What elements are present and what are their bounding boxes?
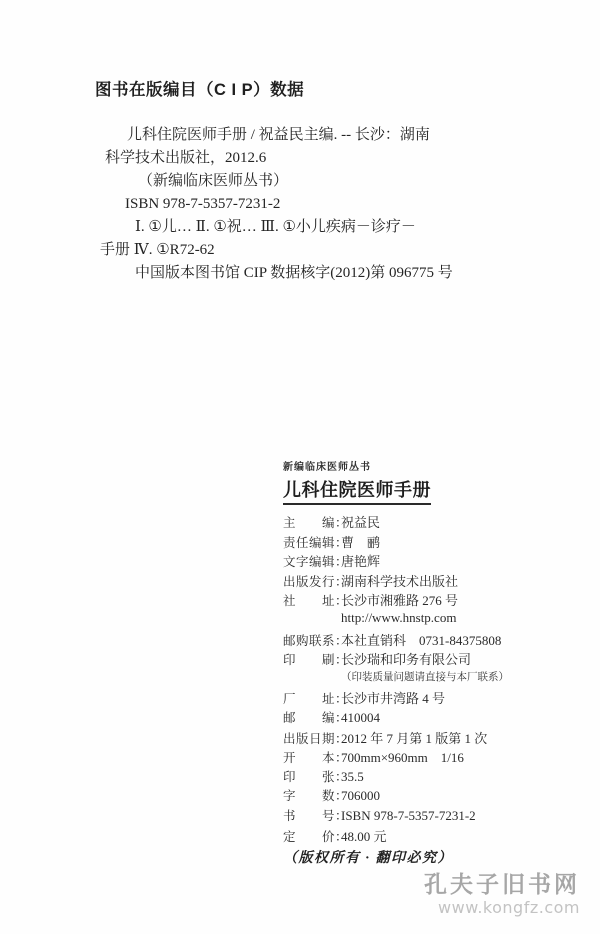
cip-line-classification-2: 手册 Ⅳ. ①R72-62	[100, 239, 500, 262]
row-label: 印 刷：	[283, 650, 341, 668]
row-value: 长沙市湘雅路 276 号	[341, 590, 458, 609]
row-word-count: 字 数： 706000	[283, 786, 583, 806]
row-label: 邮购联系：	[283, 631, 341, 649]
kongfz-watermark: 孔夫子旧书网 www.kongfz.com	[424, 872, 580, 917]
cip-body: 儿科住院医师手册 / 祝益民主编. -- 长沙：湖南 科学技术出版社，2012.…	[100, 124, 500, 285]
copyright-note: （版权所有 · 翻印必究）	[283, 847, 583, 867]
row-value: 长沙瑞和印务有限公司	[341, 649, 471, 668]
row-value: （印装质量问题请直接与本厂联系）	[341, 669, 509, 684]
row-price: 定 价： 48.00 元	[283, 826, 583, 846]
series-title: 新编临床医师丛书	[283, 458, 583, 473]
row-printed-sheets: 印 张： 35.5	[283, 767, 583, 787]
row-value: 祝益民	[341, 512, 380, 531]
colophon-rows: 主 编： 祝益民 责任编辑： 曹 鹂 文字编辑： 唐艳辉 出版发行： 湖南科学技…	[283, 512, 583, 845]
row-value: 2012 年 7 月第 1 版第 1 次	[341, 728, 487, 747]
row-label: 开 本：	[283, 748, 341, 766]
row-value: 本社直销科 0731-84375808	[341, 630, 501, 649]
row-label: 定 价：	[283, 827, 341, 845]
cip-line-title-statement: 儿科住院医师手册 / 祝益民主编. -- 长沙：湖南	[100, 124, 500, 147]
watermark-site-url: www.kongfz.com	[424, 898, 580, 917]
row-value: 长沙市井湾路 4 号	[341, 688, 445, 707]
cip-line-record-number: 中国版本图书馆 CIP 数据核字(2012)第 096775 号	[100, 262, 500, 285]
row-factory-address: 厂 址： 长沙市井湾路 4 号	[283, 688, 583, 708]
row-label: 社 址：	[283, 591, 341, 609]
book-title: 儿科住院医师手册	[283, 476, 431, 505]
row-label: 字 数：	[283, 786, 341, 804]
row-format: 开 本： 700mm×960mm 1/16	[283, 747, 583, 767]
row-mail-order: 邮购联系： 本社直销科 0731-84375808	[283, 630, 583, 650]
row-value: 唐艳辉	[341, 551, 380, 570]
row-printer: 印 刷： 长沙瑞和印务有限公司	[283, 649, 583, 669]
row-book-number: 书 号： ISBN 978-7-5357-7231-2	[283, 806, 583, 826]
row-chief-editor: 主 编： 祝益民	[283, 512, 583, 532]
row-publisher-website: http://www.hnstp.com	[283, 610, 583, 630]
row-label: 出版日期：	[283, 729, 341, 747]
row-label: 厂 址：	[283, 689, 341, 707]
cip-line-publisher: 科学技术出版社，2012.6	[100, 147, 500, 170]
row-value: 700mm×960mm 1/16	[341, 747, 464, 766]
row-publisher: 出版发行： 湖南科学技术出版社	[283, 571, 583, 591]
cip-line-series: （新编临床医师丛书）	[100, 170, 500, 193]
row-value: 48.00 元	[341, 826, 387, 845]
row-label: 邮 编：	[283, 708, 341, 726]
scanned-copyright-page: 图书在版编目（C I P）数据 儿科住院医师手册 / 祝益民主编. -- 长沙：…	[0, 0, 600, 934]
row-text-editor: 文字编辑： 唐艳辉	[283, 551, 583, 571]
cip-line-isbn: ISBN 978-7-5357-7231-2	[100, 193, 500, 216]
cip-line-classification-1: Ⅰ. ①儿… Ⅱ. ①祝… Ⅲ. ①小儿疾病－诊疗－	[100, 216, 500, 239]
row-value: 410004	[341, 710, 380, 726]
row-label: 印 张：	[283, 767, 341, 785]
row-value: 曹 鹂	[341, 532, 380, 551]
row-publication-date: 出版日期： 2012 年 7 月第 1 版第 1 次	[283, 728, 583, 748]
watermark-site-name: 孔夫子旧书网	[424, 872, 580, 898]
row-label: 书 号：	[283, 806, 341, 824]
row-label: 责任编辑：	[283, 533, 341, 551]
row-value: 706000	[341, 788, 380, 804]
row-label: 文字编辑：	[283, 552, 341, 570]
row-label: 出版发行：	[283, 572, 341, 590]
row-value: http://www.hnstp.com	[341, 610, 456, 626]
colophon-block: 新编临床医师丛书 儿科住院医师手册 主 编： 祝益民 责任编辑： 曹 鹂 文字编…	[283, 458, 583, 867]
row-value: 35.5	[341, 769, 364, 785]
row-responsible-editor: 责任编辑： 曹 鹂	[283, 532, 583, 552]
cip-heading: 图书在版编目（C I P）数据	[95, 76, 304, 100]
row-postal-code: 邮 编： 410004	[283, 708, 583, 728]
row-value: 湖南科学技术出版社	[341, 571, 458, 590]
row-label: 主 编：	[283, 513, 341, 531]
row-print-quality-note: （印装质量问题请直接与本厂联系）	[283, 669, 583, 689]
row-publisher-address: 社 址： 长沙市湘雅路 276 号	[283, 590, 583, 610]
row-value: ISBN 978-7-5357-7231-2	[341, 808, 476, 824]
